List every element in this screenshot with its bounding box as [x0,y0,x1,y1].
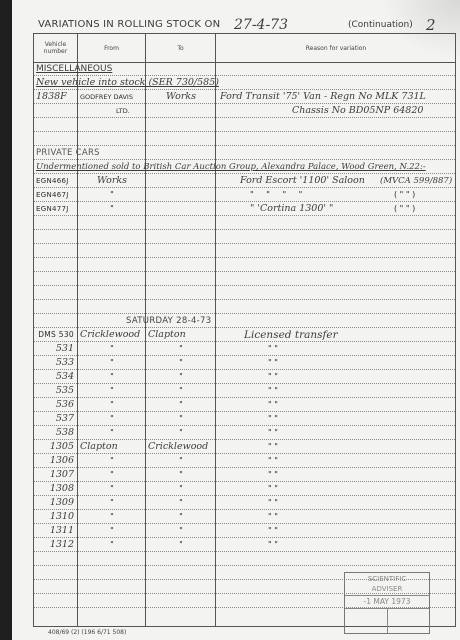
header-reason: Reason for variation [216,34,456,62]
reason-ditto: " " [220,398,460,412]
reason-ditto: " " [220,440,460,454]
vehicle-number: 533 [36,356,74,370]
reason-ditto: " " [220,496,460,510]
to-ditto: " [146,524,216,538]
form-reference-code: 408/69 (2) (196 6/71 508) [48,629,126,636]
vehicle-number: 1309 [36,496,74,510]
reason-value: Licensed transfer [220,328,460,342]
rolling-stock-table: Vehicle number From To Reason for variat… [33,33,456,627]
from-value: Works [78,174,146,188]
table-row [34,244,455,258]
reason-ditto: " " [220,538,460,552]
reason-value: Ford Transit '75' Van - Regn No MLK 731L [220,90,454,104]
stamp-line1: SCIENTIFIC [345,575,429,583]
reason-ditto: " " [220,356,460,370]
table-row: LTD. Chassis No BD05NP 64820 [34,104,455,118]
reason-ditto: " " " " [220,188,460,202]
table-row [34,216,455,230]
table-row: DMS 530 Cricklewood Clapton Licensed tra… [34,328,455,342]
to-ditto: " [146,496,216,510]
from-ditto: " [78,412,146,426]
from-value: GODFREY DAVIS [80,90,144,104]
vehicle-number: 1311 [36,524,74,538]
from-ditto: " [78,384,146,398]
vehicle-number: 534 [36,370,74,384]
table-row: 534 " " " " [34,370,455,384]
table-row: 538 " " " " [34,426,455,440]
stamp-date: -1 MAY 1973 [345,595,429,609]
table-row: SATURDAY 28-4-73 [34,314,455,328]
from-ditto: " [78,538,146,552]
table-row: 1306 " " " " [34,454,455,468]
reason-ditto: " " [220,342,460,356]
section-heading-misc: MISCELLANEOUS [36,62,156,76]
reason-ditto: " " [220,454,460,468]
table-row: 1308 " " " " [34,482,455,496]
vehicle-number: 1305 [36,440,74,454]
to-ditto: " [146,342,216,356]
vehicle-number: 1310 [36,510,74,524]
to-ditto: " [146,426,216,440]
from-value: Clapton [80,440,144,454]
vehicle-number: DMS 530 [36,328,74,342]
from-ditto: " [78,356,146,370]
form-title: VARIATIONS IN ROLLING STOCK ON [38,19,220,30]
reason-ditto: " " [220,468,460,482]
from-ditto: " [78,426,146,440]
table-row [34,258,455,272]
page-number: 2 [426,16,436,34]
vehicle-number: 536 [36,398,74,412]
table-header: Vehicle number From To Reason for variat… [34,34,455,63]
table-row [34,230,455,244]
reason-ditto: " " [220,524,460,538]
to-value: Clapton [148,328,214,342]
reason-ditto: " " [220,426,460,440]
section-subheading-misc: New vehicle into stock (SER 730/585) [36,76,336,90]
header-from: From [78,34,145,62]
reference-ditto: ( " " ) [394,202,415,216]
vehicle-number: 537 [36,412,74,426]
table-row: 1305 Clapton Cricklewood " " [34,440,455,454]
table-row: EGN467J " " " " " ( " " ) [34,188,455,202]
section-heading-private: PRIVATE CARS [36,146,156,160]
stamp-divider [387,609,388,633]
to-ditto: " [146,412,216,426]
to-value: Cricklewood [148,440,214,454]
header-to: To [146,34,215,62]
vehicle-number: 535 [36,384,74,398]
table-row: 537 " " " " [34,412,455,426]
table-row: New vehicle into stock (SER 730/585) [34,76,455,90]
table-row: 531 " " " " [34,342,455,356]
table-row [34,118,455,132]
table-row [34,300,455,314]
vehicle-number: 1306 [36,454,74,468]
reason-ditto: " " [220,482,460,496]
table-row: 535 " " " " [34,384,455,398]
from-ditto: " [78,482,146,496]
received-stamp: SCIENTIFIC ADVISER -1 MAY 1973 [344,572,430,634]
vehicle-number: 1307 [36,468,74,482]
table-row: 1312 " " " " [34,538,455,552]
table-row [34,552,455,566]
table-row: 533 " " " " [34,356,455,370]
reason-ditto: " " [220,370,460,384]
to-ditto: " [146,482,216,496]
table-row: EGN477J " " 'Cortina 1300' " ( " " ) [34,202,455,216]
reference-ditto: ( " " ) [394,188,415,202]
table-body: MISCELLANEOUS New vehicle into stock (SE… [34,62,455,626]
reference-value: (MVCA 599/887) [380,174,452,188]
table-row [34,132,455,146]
table-row [34,286,455,300]
vehicle-number: 1312 [36,538,74,552]
vehicle-number: 1838F [36,90,76,104]
vehicle-number: 1308 [36,482,74,496]
to-ditto: " [146,468,216,482]
table-row: EGN466J Works Ford Escort '1100' Saloon … [34,174,455,188]
vehicle-number: EGN467J [36,188,76,202]
from-ditto: " [78,202,146,216]
vehicle-number: EGN466J [36,174,76,188]
table-row: 1311 " " " " [34,524,455,538]
vehicle-number: 538 [36,426,74,440]
to-ditto: " [146,538,216,552]
from-ditto: " [78,468,146,482]
to-ditto: " [146,398,216,412]
table-row: PRIVATE CARS [34,146,455,160]
table-row: MISCELLANEOUS [34,62,455,76]
from-value: Cricklewood [80,328,144,342]
from-ditto: " [78,524,146,538]
from-ditto: " [78,188,146,202]
reason-ditto: " " [220,510,460,524]
to-ditto: " [146,510,216,524]
table-row: 1309 " " " " [34,496,455,510]
table-row: 536 " " " " [34,398,455,412]
from-value-line2: LTD. [80,104,180,118]
from-ditto: " [78,510,146,524]
header-vehicle-number: Vehicle number [34,34,77,62]
to-ditto: " [146,356,216,370]
table-row: 1307 " " " " [34,468,455,482]
table-row: 1838F GODFREY DAVIS Works Ford Transit '… [34,90,455,104]
vehicle-number: 531 [36,342,74,356]
reason-ditto: " " [220,384,460,398]
to-ditto: " [146,370,216,384]
to-value: Works [146,90,216,104]
from-ditto: " [78,454,146,468]
table-row [34,272,455,286]
reason-ditto: " " [220,412,460,426]
to-ditto: " [146,454,216,468]
from-ditto: " [78,370,146,384]
from-ditto: " [78,342,146,356]
form-date: 27-4-73 [234,17,288,33]
table-row: 1310 " " " " [34,510,455,524]
continuation-label: (Continuation) [348,20,413,30]
scan-edge-strip [0,0,12,640]
from-ditto: " [78,398,146,412]
stamp-line2: ADVISER [345,585,429,593]
section-heading-saturday: SATURDAY 28-4-73 [126,314,286,328]
from-ditto: " [78,496,146,510]
table-row: Undermentioned sold to British Car Aucti… [34,160,455,174]
reason-value-line2: Chassis No BD05NP 64820 [220,104,460,118]
section-subheading-private: Undermentioned sold to British Car Aucti… [36,160,456,174]
vehicle-number: EGN477J [36,202,76,216]
to-ditto: " [146,384,216,398]
reason-value: " 'Cortina 1300' " [220,202,460,216]
